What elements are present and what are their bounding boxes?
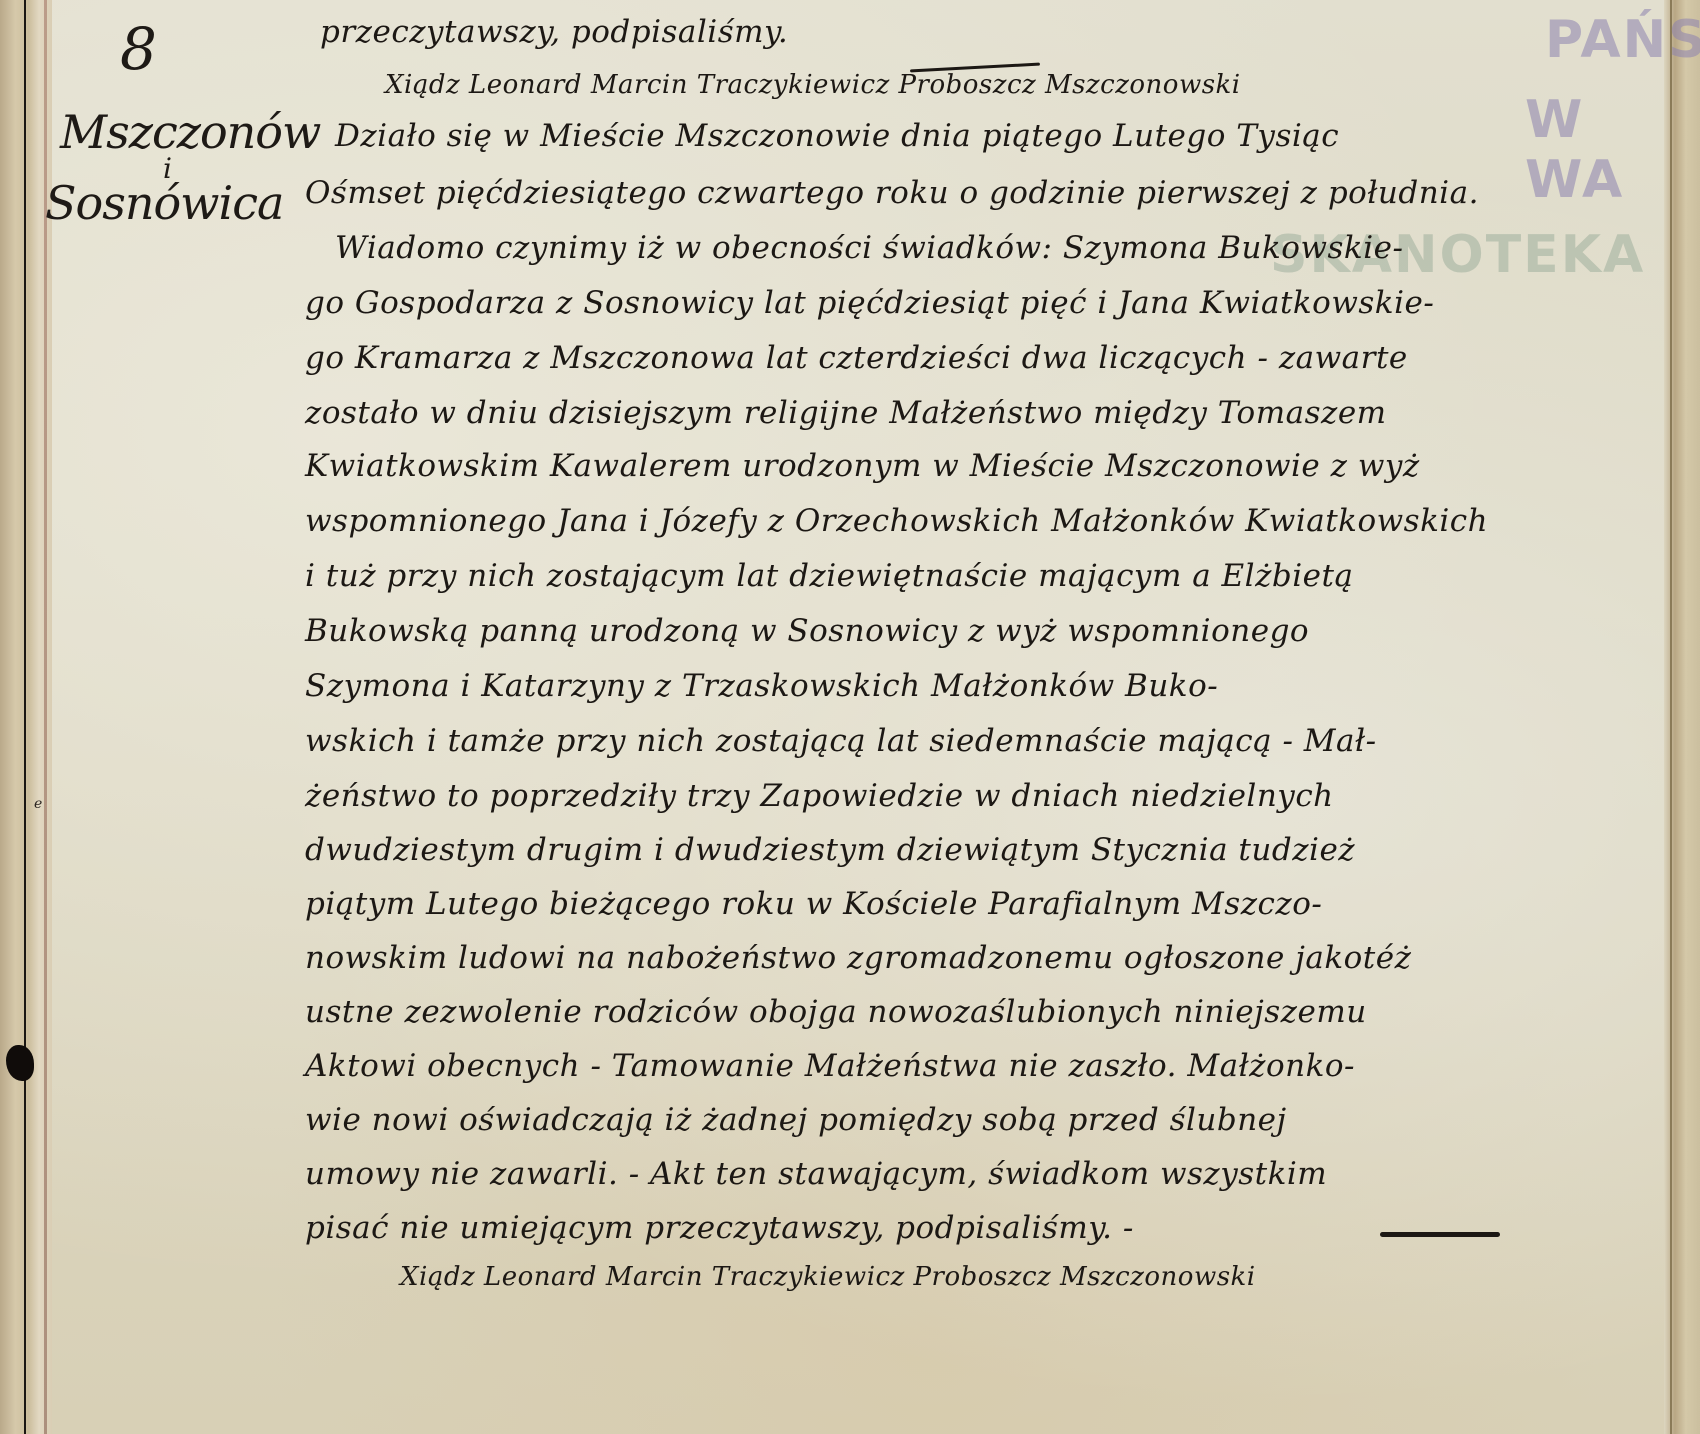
body-line-7: Kwiatkowskim Kawalerem urodzonym w Mieśc… [305,448,1420,484]
previous-entry-closing: przeczytawszy, podpisaliśmy. [320,14,788,50]
closing-flourish [1380,1232,1500,1237]
body-line-13: żeństwo to poprzedziły trzy Zapowiedzie … [305,778,1334,814]
body-line-5: go Kramarza z Mszczonowa lat czterdzieśc… [305,340,1408,376]
body-line-3: Wiadomo czynimy iż w obecności świadków:… [335,230,1403,266]
body-line-2: Ośmset pięćdziesiątego czwartego roku o … [305,175,1479,211]
record-text: przeczytawszy, podpisaliśmy. Xiądz Leona… [0,0,1700,1434]
body-line-17: ustne zezwolenie rodziców obojga nowozaś… [305,994,1367,1030]
manuscript-page: e PAŃS W WA SKANOTEKA 8 Mszczonów i Sosn… [0,0,1700,1434]
body-line-18: Aktowi obecnych - Tamowanie Małżeństwa n… [305,1048,1355,1084]
body-line-8: wspomnionego Jana i Józefy z Orzechowski… [305,503,1488,539]
body-line-1: Działo się w Mieście Mszczonowie dnia pi… [335,118,1339,154]
body-line-16: nowskim ludowi na nabożeństwo zgromadzon… [305,940,1411,976]
priest-signature: Xiądz Leonard Marcin Traczykiewicz Probo… [400,1262,1256,1292]
body-line-11: Szymona i Katarzyny z Trzaskowskich Małż… [305,668,1218,704]
previous-entry-signature: Xiądz Leonard Marcin Traczykiewicz Probo… [385,70,1241,100]
body-line-9: i tuż przy nich zostającym lat dziewiętn… [305,558,1353,594]
body-line-20: umowy nie zawarli. - Akt ten stawającym,… [305,1156,1327,1192]
body-line-15: piątym Lutego bieżącego roku w Kościele … [305,886,1322,922]
body-line-21: pisać nie umiejącym przeczytawszy, podpi… [305,1210,1134,1246]
body-line-6: zostało w dniu dzisiejszym religijne Mał… [305,395,1387,431]
body-line-19: wie nowi oświadczają iż żadnej pomiędzy … [305,1102,1287,1138]
body-line-4: go Gospodarza z Sosnowicy lat pięćdziesi… [305,285,1434,321]
body-line-10: Bukowską panną urodzoną w Sosnowicy z wy… [305,613,1309,649]
body-line-14: dwudziestym drugim i dwudziestym dziewią… [305,832,1355,868]
body-line-12: wskich i tamże przy nich zostającą lat s… [305,723,1377,759]
